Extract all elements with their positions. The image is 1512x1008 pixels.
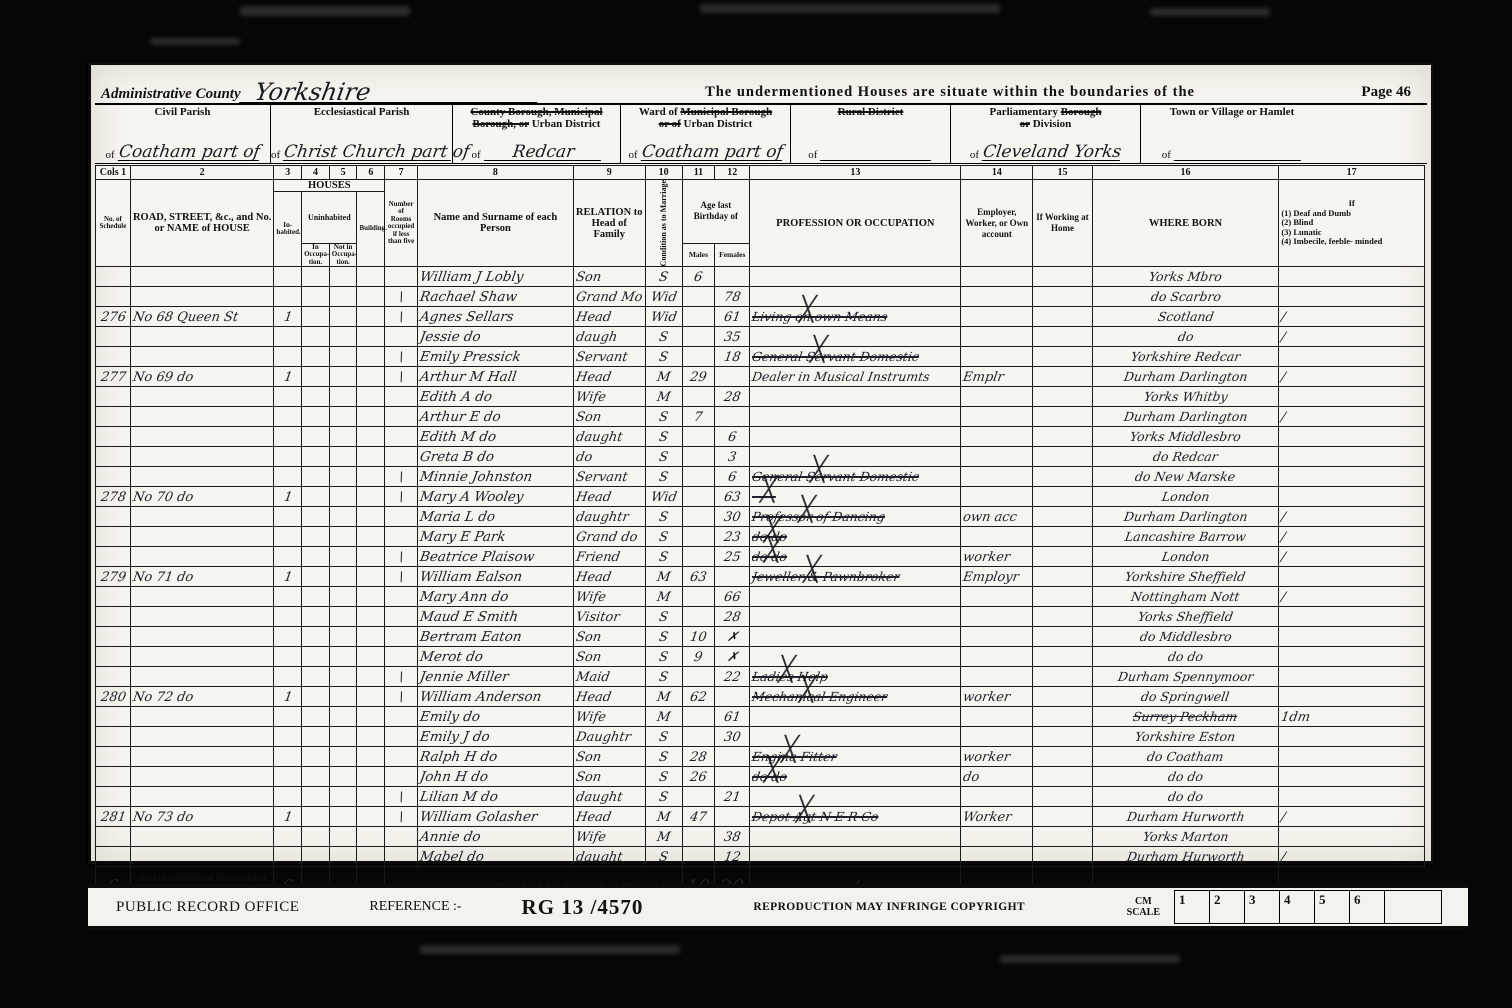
cell-m: [682, 527, 715, 547]
cell-born: do do: [1092, 767, 1279, 787]
cell-sch: [96, 267, 131, 287]
cell-bld: [357, 387, 385, 407]
cell-ninocc: [329, 327, 357, 347]
cell-bld: [357, 847, 385, 867]
cell-bld: [357, 707, 385, 727]
cell-mark: /: [1279, 367, 1425, 387]
scale-box: 1: [1174, 890, 1209, 924]
cell-m: [682, 487, 715, 507]
cell-inocc: [302, 547, 330, 567]
cell-bld: [357, 607, 385, 627]
cell-house: [130, 747, 274, 767]
cell-bld: [357, 487, 385, 507]
cell-cond: S: [645, 607, 682, 627]
cell-f: 61: [715, 307, 750, 327]
cell-rel: Son: [573, 647, 645, 667]
scan-noise: [420, 945, 680, 954]
cell-home: [1033, 707, 1092, 727]
cell-house: [130, 827, 274, 847]
col-number: Cols 1: [96, 166, 131, 180]
cell-inocc: [302, 847, 330, 867]
cell-sch: 278: [96, 487, 131, 507]
cell-inh: [274, 627, 302, 647]
cell-rel: Maid: [573, 667, 645, 687]
cell-name: Agnes Sellars: [417, 307, 573, 327]
cell-f: 6: [715, 467, 750, 487]
cell-sch: [96, 727, 131, 747]
cell-name: Arthur E do: [417, 407, 573, 427]
cell-inh: 1: [274, 307, 302, 327]
cell-emp: [961, 467, 1033, 487]
cell-rel: Friend: [573, 547, 645, 567]
cell-rel: Head: [573, 367, 645, 387]
cell-rooms: [385, 527, 418, 547]
cell-inh: [274, 607, 302, 627]
cell-cond: M: [645, 367, 682, 387]
cell-name: William Golasher: [417, 807, 573, 827]
cell-born: do do: [1092, 647, 1279, 667]
cell-ninocc: [329, 607, 357, 627]
cell-emp: worker: [961, 687, 1033, 707]
cell-bld: [357, 327, 385, 347]
cell-cond: S: [645, 467, 682, 487]
cell-inocc: [302, 367, 330, 387]
jurisdiction-town-village-value: [1174, 144, 1304, 161]
cell-inh: 1: [274, 807, 302, 827]
cell-house: [130, 607, 274, 627]
cell-mark: [1279, 467, 1425, 487]
cell-mark: [1279, 787, 1425, 807]
cell-name: William J Lobly: [417, 267, 573, 287]
cell-m: [682, 787, 715, 807]
cell-bld: [357, 507, 385, 527]
cell-inh: [274, 667, 302, 687]
cell-emp: [961, 407, 1033, 427]
cell-mark: /: [1279, 847, 1425, 867]
header-home: If Working at Home: [1035, 212, 1089, 234]
cell-f: 3: [715, 447, 750, 467]
cm-scale-label: CMSCALE: [1127, 896, 1160, 918]
cell-home: [1033, 327, 1092, 347]
cell-ninocc: [329, 627, 357, 647]
census-row: Emily doWifeM61Surrey Peckham1dm: [96, 707, 1425, 727]
cell-emp: worker: [961, 547, 1033, 567]
cell-occ: [750, 587, 961, 607]
cell-sch: [96, 667, 131, 687]
cell-rel: Grand Mo: [573, 287, 645, 307]
census-row: \Minnie JohnstonServantS6General Servant…: [96, 467, 1425, 487]
cell-mark: /: [1279, 327, 1425, 347]
cell-rooms: [385, 707, 418, 727]
cell-m: [682, 507, 715, 527]
cell-bld: [357, 567, 385, 587]
cell-mark: [1279, 827, 1425, 847]
cell-home: [1033, 687, 1092, 707]
cell-born: Durham Darlington: [1092, 507, 1279, 527]
cell-born: do Scarbro: [1092, 287, 1279, 307]
scan-noise: [240, 6, 410, 16]
cell-cond: S: [645, 347, 682, 367]
cell-house: [130, 347, 274, 367]
cell-inh: [274, 327, 302, 347]
cell-mark: [1279, 267, 1425, 287]
scan-noise: [1000, 955, 1180, 963]
cell-sch: [96, 507, 131, 527]
cell-m: 62: [682, 687, 715, 707]
cell-rooms: [385, 627, 418, 647]
column-numbers-row: Cols 1234567891011121314151617: [96, 166, 1425, 180]
census-row: 277No 69 do1\Arthur M HallHeadM29Dealer …: [96, 367, 1425, 387]
cell-sch: [96, 547, 131, 567]
cell-cond: S: [645, 787, 682, 807]
cell-rooms: [385, 747, 418, 767]
cell-inh: 1: [274, 567, 302, 587]
cell-house: [130, 787, 274, 807]
cell-name: Lilian M do: [417, 787, 573, 807]
cell-inh: [274, 387, 302, 407]
cell-sch: [96, 787, 131, 807]
cell-rooms: \: [385, 307, 418, 327]
census-row: Maud E SmithVisitorS28Yorks Sheffield: [96, 607, 1425, 627]
cell-born: Yorks Mbro: [1092, 267, 1279, 287]
header-uninhabited: Uninhabited: [304, 214, 354, 222]
cell-emp: [961, 347, 1033, 367]
cell-inh: 1: [274, 367, 302, 387]
cell-born: Yorks Marton: [1092, 827, 1279, 847]
header-road: ROAD, STREET, &c., and No. or NAME of HO…: [133, 212, 272, 234]
jurisdiction-urban-district: County Borough, MunicipalBorough, or Urb…: [453, 105, 621, 163]
cell-rel: Servant: [573, 467, 645, 487]
cell-cond: S: [645, 527, 682, 547]
cell-house: [130, 427, 274, 447]
census-row: Mabel dodaughtS12Durham Hurworth/: [96, 847, 1425, 867]
cell-m: [682, 727, 715, 747]
cell-sch: 279: [96, 567, 131, 587]
cell-house: No 68 Queen St: [130, 307, 274, 327]
cell-f: 21: [715, 787, 750, 807]
cell-inocc: [302, 807, 330, 827]
col-number: 4: [302, 166, 330, 180]
cell-home: [1033, 847, 1092, 867]
cell-rel: daught: [573, 847, 645, 867]
census-rows: William J LoblySonS6Yorks Mbro\Rachael S…: [96, 267, 1425, 867]
cell-inh: [274, 267, 302, 287]
cell-m: [682, 287, 715, 307]
cell-house: [130, 547, 274, 567]
cell-home: [1033, 507, 1092, 527]
cell-born: Yorkshire Redcar: [1092, 347, 1279, 367]
cell-inocc: [302, 667, 330, 687]
cell-name: Rachael Shaw: [417, 287, 573, 307]
cell-inh: [274, 787, 302, 807]
cell-f: 66: [715, 587, 750, 607]
cell-rel: Son: [573, 747, 645, 767]
cell-emp: [961, 387, 1033, 407]
cell-cond: S: [645, 747, 682, 767]
cell-inocc: [302, 327, 330, 347]
jurisdiction-row: Civil ParishofCoatham part ofEcclesiasti…: [95, 103, 1427, 164]
cell-emp: [961, 267, 1033, 287]
cell-home: [1033, 307, 1092, 327]
cell-occ: do do: [750, 547, 961, 567]
cell-house: No 73 do: [130, 807, 274, 827]
cell-name: Beatrice Plaisow: [417, 547, 573, 567]
cell-inocc: [302, 727, 330, 747]
cell-name: John H do: [417, 767, 573, 787]
cell-cond: S: [645, 447, 682, 467]
jurisdiction-ward: Ward of Municipal Boroughor of Urban Dis…: [621, 105, 791, 163]
cell-home: [1033, 607, 1092, 627]
cell-emp: [961, 587, 1033, 607]
census-row: 281No 73 do1\William GolasherHeadM47Depo…: [96, 807, 1425, 827]
cell-ninocc: [329, 847, 357, 867]
cell-house: [130, 847, 274, 867]
cell-home: [1033, 587, 1092, 607]
cell-name: Emily J do: [417, 727, 573, 747]
cell-m: [682, 347, 715, 367]
cell-born: Yorks Whitby: [1092, 387, 1279, 407]
cell-cond: S: [645, 547, 682, 567]
header-inhabited: In- habited.: [276, 222, 299, 237]
page-number: Page 46: [1361, 84, 1421, 103]
cell-born: do Springwell: [1092, 687, 1279, 707]
cell-inocc: [302, 527, 330, 547]
cell-mark: [1279, 727, 1425, 747]
cell-rooms: [385, 327, 418, 347]
cell-born: Durham Hurworth: [1092, 847, 1279, 867]
cell-sch: [96, 627, 131, 647]
cell-house: [130, 527, 274, 547]
cell-born: Durham Darlington: [1092, 367, 1279, 387]
cell-rooms: \: [385, 807, 418, 827]
cell-m: [682, 607, 715, 627]
cell-name: Merot do: [417, 647, 573, 667]
cell-bld: [357, 807, 385, 827]
cell-rooms: \: [385, 547, 418, 567]
header-rooms: Number of Rooms occupied if less than fi…: [387, 201, 415, 246]
cell-house: No 72 do: [130, 687, 274, 707]
cell-m: 6: [682, 267, 715, 287]
col-number: 10: [645, 166, 682, 180]
census-row: Arthur E doSonS7Durham Darlington/: [96, 407, 1425, 427]
cell-name: William Ealson: [417, 567, 573, 587]
cell-f: 61: [715, 707, 750, 727]
cell-rel: Wife: [573, 827, 645, 847]
cell-mark: [1279, 447, 1425, 467]
cell-born: Surrey Peckham: [1092, 707, 1279, 727]
cell-ninocc: [329, 647, 357, 667]
cell-emp: Emplr: [961, 367, 1033, 387]
cell-m: 63: [682, 567, 715, 587]
cell-cond: M: [645, 587, 682, 607]
cell-home: [1033, 467, 1092, 487]
cell-name: William Anderson: [417, 687, 573, 707]
cell-rooms: [385, 427, 418, 447]
cell-occ: [750, 607, 961, 627]
cell-ninocc: [329, 487, 357, 507]
cell-inocc: [302, 427, 330, 447]
cell-inh: [274, 467, 302, 487]
cell-f: 25: [715, 547, 750, 567]
cell-cond: S: [645, 667, 682, 687]
admin-county-label: Administrative County: [101, 86, 241, 103]
cell-occ: [750, 407, 961, 427]
cell-rooms: [385, 387, 418, 407]
cell-ninocc: [329, 427, 357, 447]
cell-occ: [750, 827, 961, 847]
cell-inh: 1: [274, 487, 302, 507]
census-row: Maria L dodaughtrS30Professor of Dancing…: [96, 507, 1425, 527]
cell-house: No 69 do: [130, 367, 274, 387]
cell-inh: [274, 767, 302, 787]
cell-born: Lancashire Barrow: [1092, 527, 1279, 547]
pro-reference-label: REFERENCE :-: [369, 899, 461, 915]
scan-noise: [1150, 8, 1270, 16]
cell-mark: [1279, 667, 1425, 687]
cell-emp: [961, 287, 1033, 307]
col-number: 16: [1092, 166, 1279, 180]
cell-house: [130, 627, 274, 647]
cell-ninocc: [329, 667, 357, 687]
cell-mark: [1279, 427, 1425, 447]
cell-born: Scotland: [1092, 307, 1279, 327]
cell-rooms: [385, 827, 418, 847]
cell-m: 47: [682, 807, 715, 827]
col-number: 14: [961, 166, 1033, 180]
cell-rel: Head: [573, 687, 645, 707]
cell-occ: [750, 327, 961, 347]
cell-occ: Jeweller & Pawnbroker: [750, 567, 961, 587]
cell-cond: S: [645, 727, 682, 747]
cell-home: [1033, 287, 1092, 307]
cell-occ: [750, 427, 961, 447]
cell-emp: own acc: [961, 507, 1033, 527]
cell-mark: /: [1279, 587, 1425, 607]
col-number: 3: [274, 166, 302, 180]
cell-rooms: [385, 607, 418, 627]
cell-ninocc: [329, 807, 357, 827]
col-number: 7: [385, 166, 418, 180]
census-row: Jessie dodaughS35do/: [96, 327, 1425, 347]
col-number: 17: [1279, 166, 1425, 180]
jurisdiction-civil-parish-value: Coatham part of: [118, 144, 261, 161]
header-houses: HOUSES: [276, 180, 382, 191]
cell-bld: [357, 367, 385, 387]
cell-name: Mary A Wooley: [417, 487, 573, 507]
cell-ninocc: [329, 387, 357, 407]
census-row: Bertram EatonSonS10✗do Middlesbro: [96, 627, 1425, 647]
cell-f: [715, 407, 750, 427]
scale-box: 2: [1209, 890, 1244, 924]
cell-inocc: [302, 347, 330, 367]
cell-rel: Head: [573, 567, 645, 587]
cell-f: [715, 807, 750, 827]
cell-rel: Son: [573, 267, 645, 287]
cell-ninocc: [329, 447, 357, 467]
header-condition: Condition as to Marriage: [659, 180, 668, 266]
cell-rooms: \: [385, 687, 418, 707]
census-row: 279No 71 do1\William EalsonHeadM63Jewell…: [96, 567, 1425, 587]
cell-name: Maria L do: [417, 507, 573, 527]
jurisdiction-rural-district: Rural Districtof: [791, 105, 951, 163]
cell-f: 28: [715, 387, 750, 407]
cell-rooms: \: [385, 467, 418, 487]
census-row: Mary E ParkGrand doS23do doLancashire Ba…: [96, 527, 1425, 547]
cell-ninocc: [329, 747, 357, 767]
cell-home: [1033, 787, 1092, 807]
cell-occ: [750, 787, 961, 807]
cell-emp: [961, 447, 1033, 467]
cell-house: [130, 667, 274, 687]
cell-f: 63: [715, 487, 750, 507]
cell-home: [1033, 727, 1092, 747]
cell-f: 12: [715, 847, 750, 867]
cell-cond: Wid: [645, 287, 682, 307]
census-page: Administrative County Yorkshire The unde…: [88, 62, 1434, 864]
pro-reference-value: RG 13 /4570: [522, 895, 644, 920]
cell-rooms: [385, 727, 418, 747]
cell-inh: [274, 727, 302, 747]
cell-born: do: [1092, 327, 1279, 347]
cell-occ: Living on own Means: [750, 307, 961, 327]
cell-inh: [274, 587, 302, 607]
cell-sch: [96, 707, 131, 727]
cell-home: [1033, 747, 1092, 767]
cell-emp: [961, 627, 1033, 647]
cell-bld: [357, 467, 385, 487]
cell-sch: [96, 767, 131, 787]
census-row: 276No 68 Queen St1\Agnes SellarsHeadWid6…: [96, 307, 1425, 327]
cell-cond: S: [645, 407, 682, 427]
cell-born: Yorks Sheffield: [1092, 607, 1279, 627]
header-born: WHERE BORN: [1095, 218, 1277, 229]
cell-emp: [961, 527, 1033, 547]
cell-cond: S: [645, 847, 682, 867]
cell-mark: /: [1279, 527, 1425, 547]
cell-mark: /: [1279, 507, 1425, 527]
cell-home: [1033, 347, 1092, 367]
cell-m: [682, 547, 715, 567]
cell-born: do New Marske: [1092, 467, 1279, 487]
cell-cond: Wid: [645, 307, 682, 327]
cell-cond: S: [645, 267, 682, 287]
cell-occ: [750, 707, 961, 727]
cell-sch: [96, 647, 131, 667]
cell-ninocc: [329, 307, 357, 327]
cell-inocc: [302, 747, 330, 767]
cell-ninocc: [329, 467, 357, 487]
cell-cond: M: [645, 707, 682, 727]
cell-m: [682, 827, 715, 847]
census-row: John H doSonS26do dododo do: [96, 767, 1425, 787]
cell-rooms: [385, 447, 418, 467]
cell-name: Jessie do: [417, 327, 573, 347]
header-name: Name and Surname of each Person: [420, 212, 571, 234]
cell-rel: daughtr: [573, 507, 645, 527]
cell-sch: [96, 527, 131, 547]
jurisdiction-ward-value: Coatham part of: [641, 144, 784, 161]
cell-sch: [96, 847, 131, 867]
cell-emp: Employr: [961, 567, 1033, 587]
cell-bld: [357, 687, 385, 707]
cell-cond: S: [645, 767, 682, 787]
cell-rel: daugh: [573, 327, 645, 347]
cell-occ: do do: [750, 767, 961, 787]
cell-emp: [961, 847, 1033, 867]
cell-house: [130, 767, 274, 787]
census-row: Mary Ann doWifeM66Nottingham Nott/: [96, 587, 1425, 607]
cell-mark: /: [1279, 547, 1425, 567]
